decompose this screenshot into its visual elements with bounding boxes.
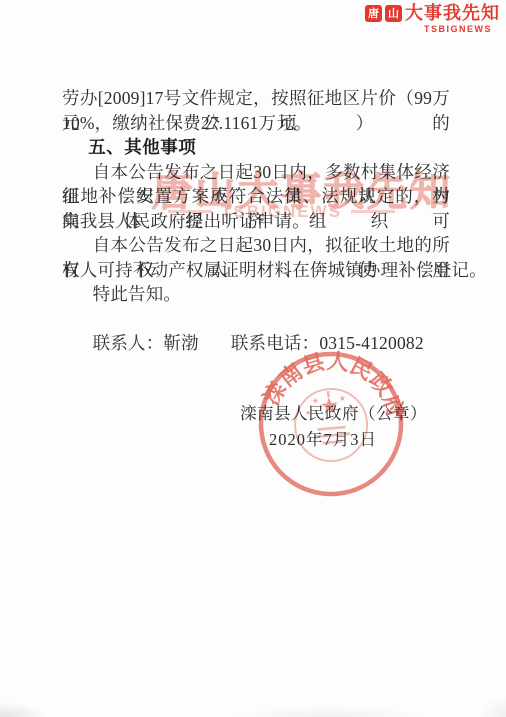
document-body: 劳办[2009]17号文件规定，按照征地区片价（99万元/公顷）的 10%，缴纳… (62, 86, 450, 356)
body-line: 特此告知。 (62, 282, 450, 307)
issue-date: 2020年7月3日 (269, 426, 377, 450)
body-line: 自本公告发布之日起30日内，拟征收土地的所有权人、使用 (62, 233, 450, 258)
seal-emblem: ★ ★ ★ ★ (292, 386, 370, 464)
section-heading: 五、其他事项 (62, 135, 450, 160)
corner-watermark: 唐 山 大事我先知 TSBIGNEWS (365, 4, 500, 34)
watermark-logo-block-1: 唐 (365, 5, 382, 22)
corner-watermark-title: 大事我先知 (405, 4, 500, 22)
body-line: 劳办[2009]17号文件规定，按照征地区片价（99万元/公顷）的 (62, 86, 450, 111)
issuer-signature: 滦南县人民政府（公章） (240, 400, 427, 424)
document-page: 唐 山 大事我先知 TSBIGNEWS 唐山大事我先知 TSBIGNEWS 劳办… (0, 0, 506, 717)
blank-line (62, 307, 450, 332)
body-line: 征地补偿安置方案不符合法律、法规规定的，村集体经济组织可 (62, 184, 450, 209)
corner-watermark-subtitle: TSBIGNEWS (365, 24, 492, 34)
body-line: 自本公告发布之日起30日内，多数村集体经济组织成员认为 (62, 160, 450, 185)
body-line: 权人可持不动产权属证明材料在倴城镇办理补偿登记。 (62, 258, 450, 283)
corner-watermark-logo-row: 唐 山 大事我先知 (365, 4, 500, 22)
contact-person: 联系人：靳渤 (93, 333, 199, 353)
watermark-logo-block-2: 山 (385, 5, 402, 22)
official-seal: 滦南县人民政府 ★ ★ ★ ★ (250, 343, 413, 506)
